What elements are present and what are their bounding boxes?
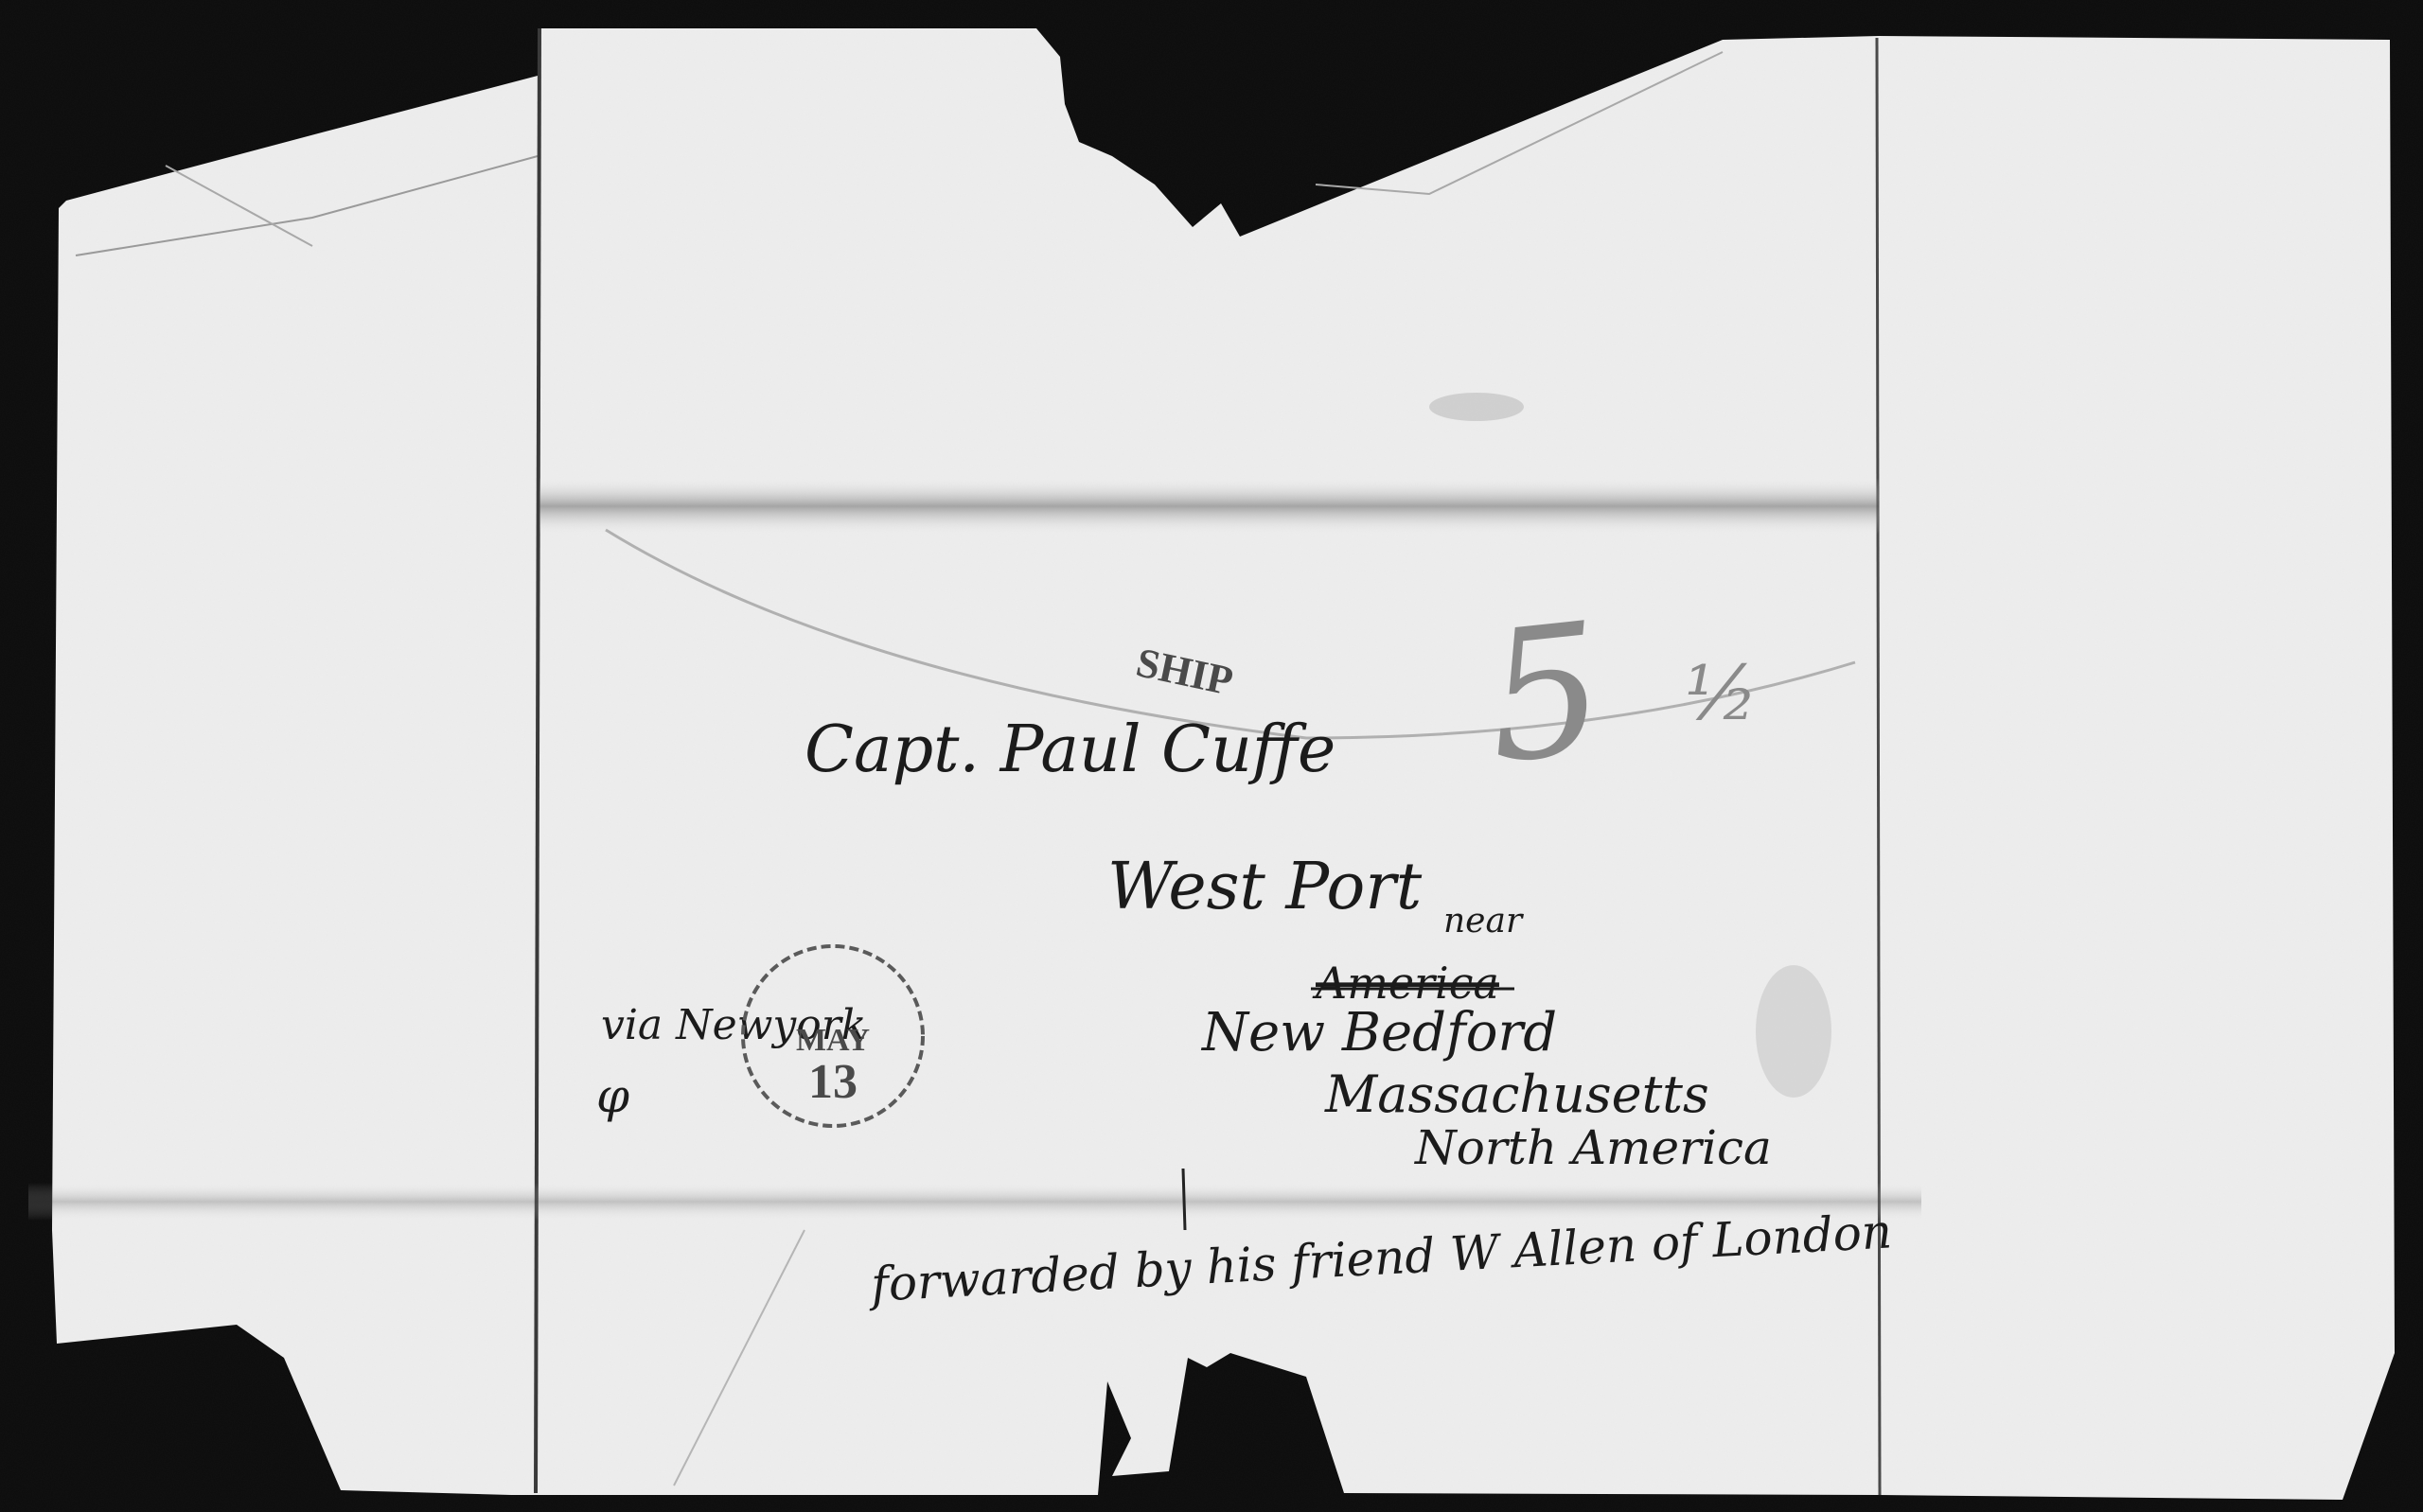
address-near: near — [1443, 902, 1524, 941]
address-city: New Bedford — [1200, 1002, 1557, 1064]
seal-crack — [1183, 1169, 1185, 1230]
smudge — [1429, 393, 1524, 421]
rate-fraction: ½ — [1685, 649, 1759, 737]
postmark-month: MAY — [796, 1023, 870, 1058]
addressee-name: Capt. Paul Cuffe — [805, 712, 1335, 787]
letter-scan: SHIP 5 ½ Capt. Paul Cuffe West Port near… — [0, 0, 2423, 1512]
routing-mark: φ — [596, 1068, 629, 1123]
stain — [1756, 965, 1831, 1098]
crease-middle — [539, 478, 1879, 535]
address-town: West Port — [1107, 850, 1423, 924]
crease-lower — [28, 1183, 1921, 1221]
rate-mark: 5 — [1477, 584, 1613, 803]
postmark-day: 13 — [808, 1055, 858, 1109]
address-country: North America — [1414, 1120, 1772, 1175]
address-struck: America — [1312, 958, 1499, 1009]
address-state: Massachusetts — [1324, 1064, 1709, 1124]
